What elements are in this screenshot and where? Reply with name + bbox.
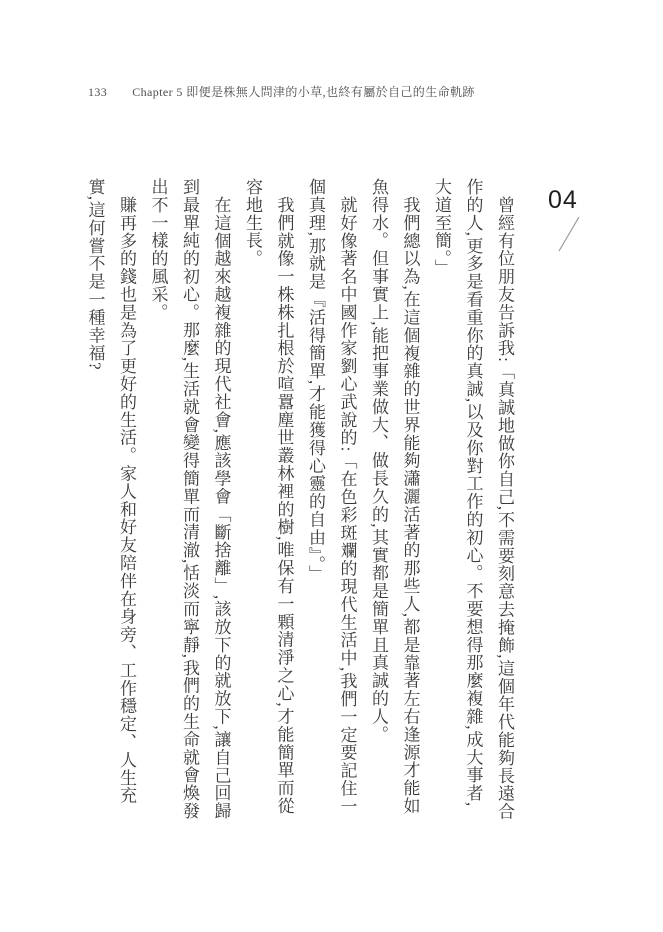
section-number: 04 [548, 188, 578, 213]
page-number: 133 [88, 85, 107, 100]
paragraph: 賺再多的錢也是為了更好的生活。家人和好友陪伴在身旁、工作穩定、人生充實,這何嘗不… [79, 178, 142, 824]
running-header: 133Chapter 5 即便是株無人問津的小草,也終有屬於自己的生命軌跡 [88, 83, 475, 100]
paragraph: 在這個越來越複雜的現代社會,應該學會「斷捨離」,該放下的就放下,讓自己回歸到最單… [142, 178, 237, 824]
body-text-block: 曾經有位朋友告訴我:「真誠地做你自己,不需要刻意去掩飾,這個年代能夠長遠合作的人… [79, 178, 520, 824]
book-page: 133Chapter 5 即便是株無人問津的小草,也終有屬於自己的生命軌跡 04… [0, 0, 663, 932]
paragraph: 我們就像一株株扎根於喧囂塵世叢林裡的樹,唯保有一顆清淨之心,才能簡單而從容地生長… [237, 178, 300, 824]
section-slash-icon [556, 214, 582, 254]
paragraph: 我們總以為,在這個複雜的世界能夠瀟灑活著的那些人,都是靠著左右逢源才能如魚得水。… [363, 178, 426, 824]
paragraph: 曾經有位朋友告訴我:「真誠地做你自己,不需要刻意去掩飾,這個年代能夠長遠合作的人… [426, 178, 521, 824]
chapter-header-label: Chapter 5 即便是株無人問津的小草,也終有屬於自己的生命軌跡 [132, 85, 475, 99]
paragraph: 就好像著名中國作家劉心武說的:「在色彩斑斕的現代生活中,我們一定要記住一個真理,… [300, 178, 363, 824]
